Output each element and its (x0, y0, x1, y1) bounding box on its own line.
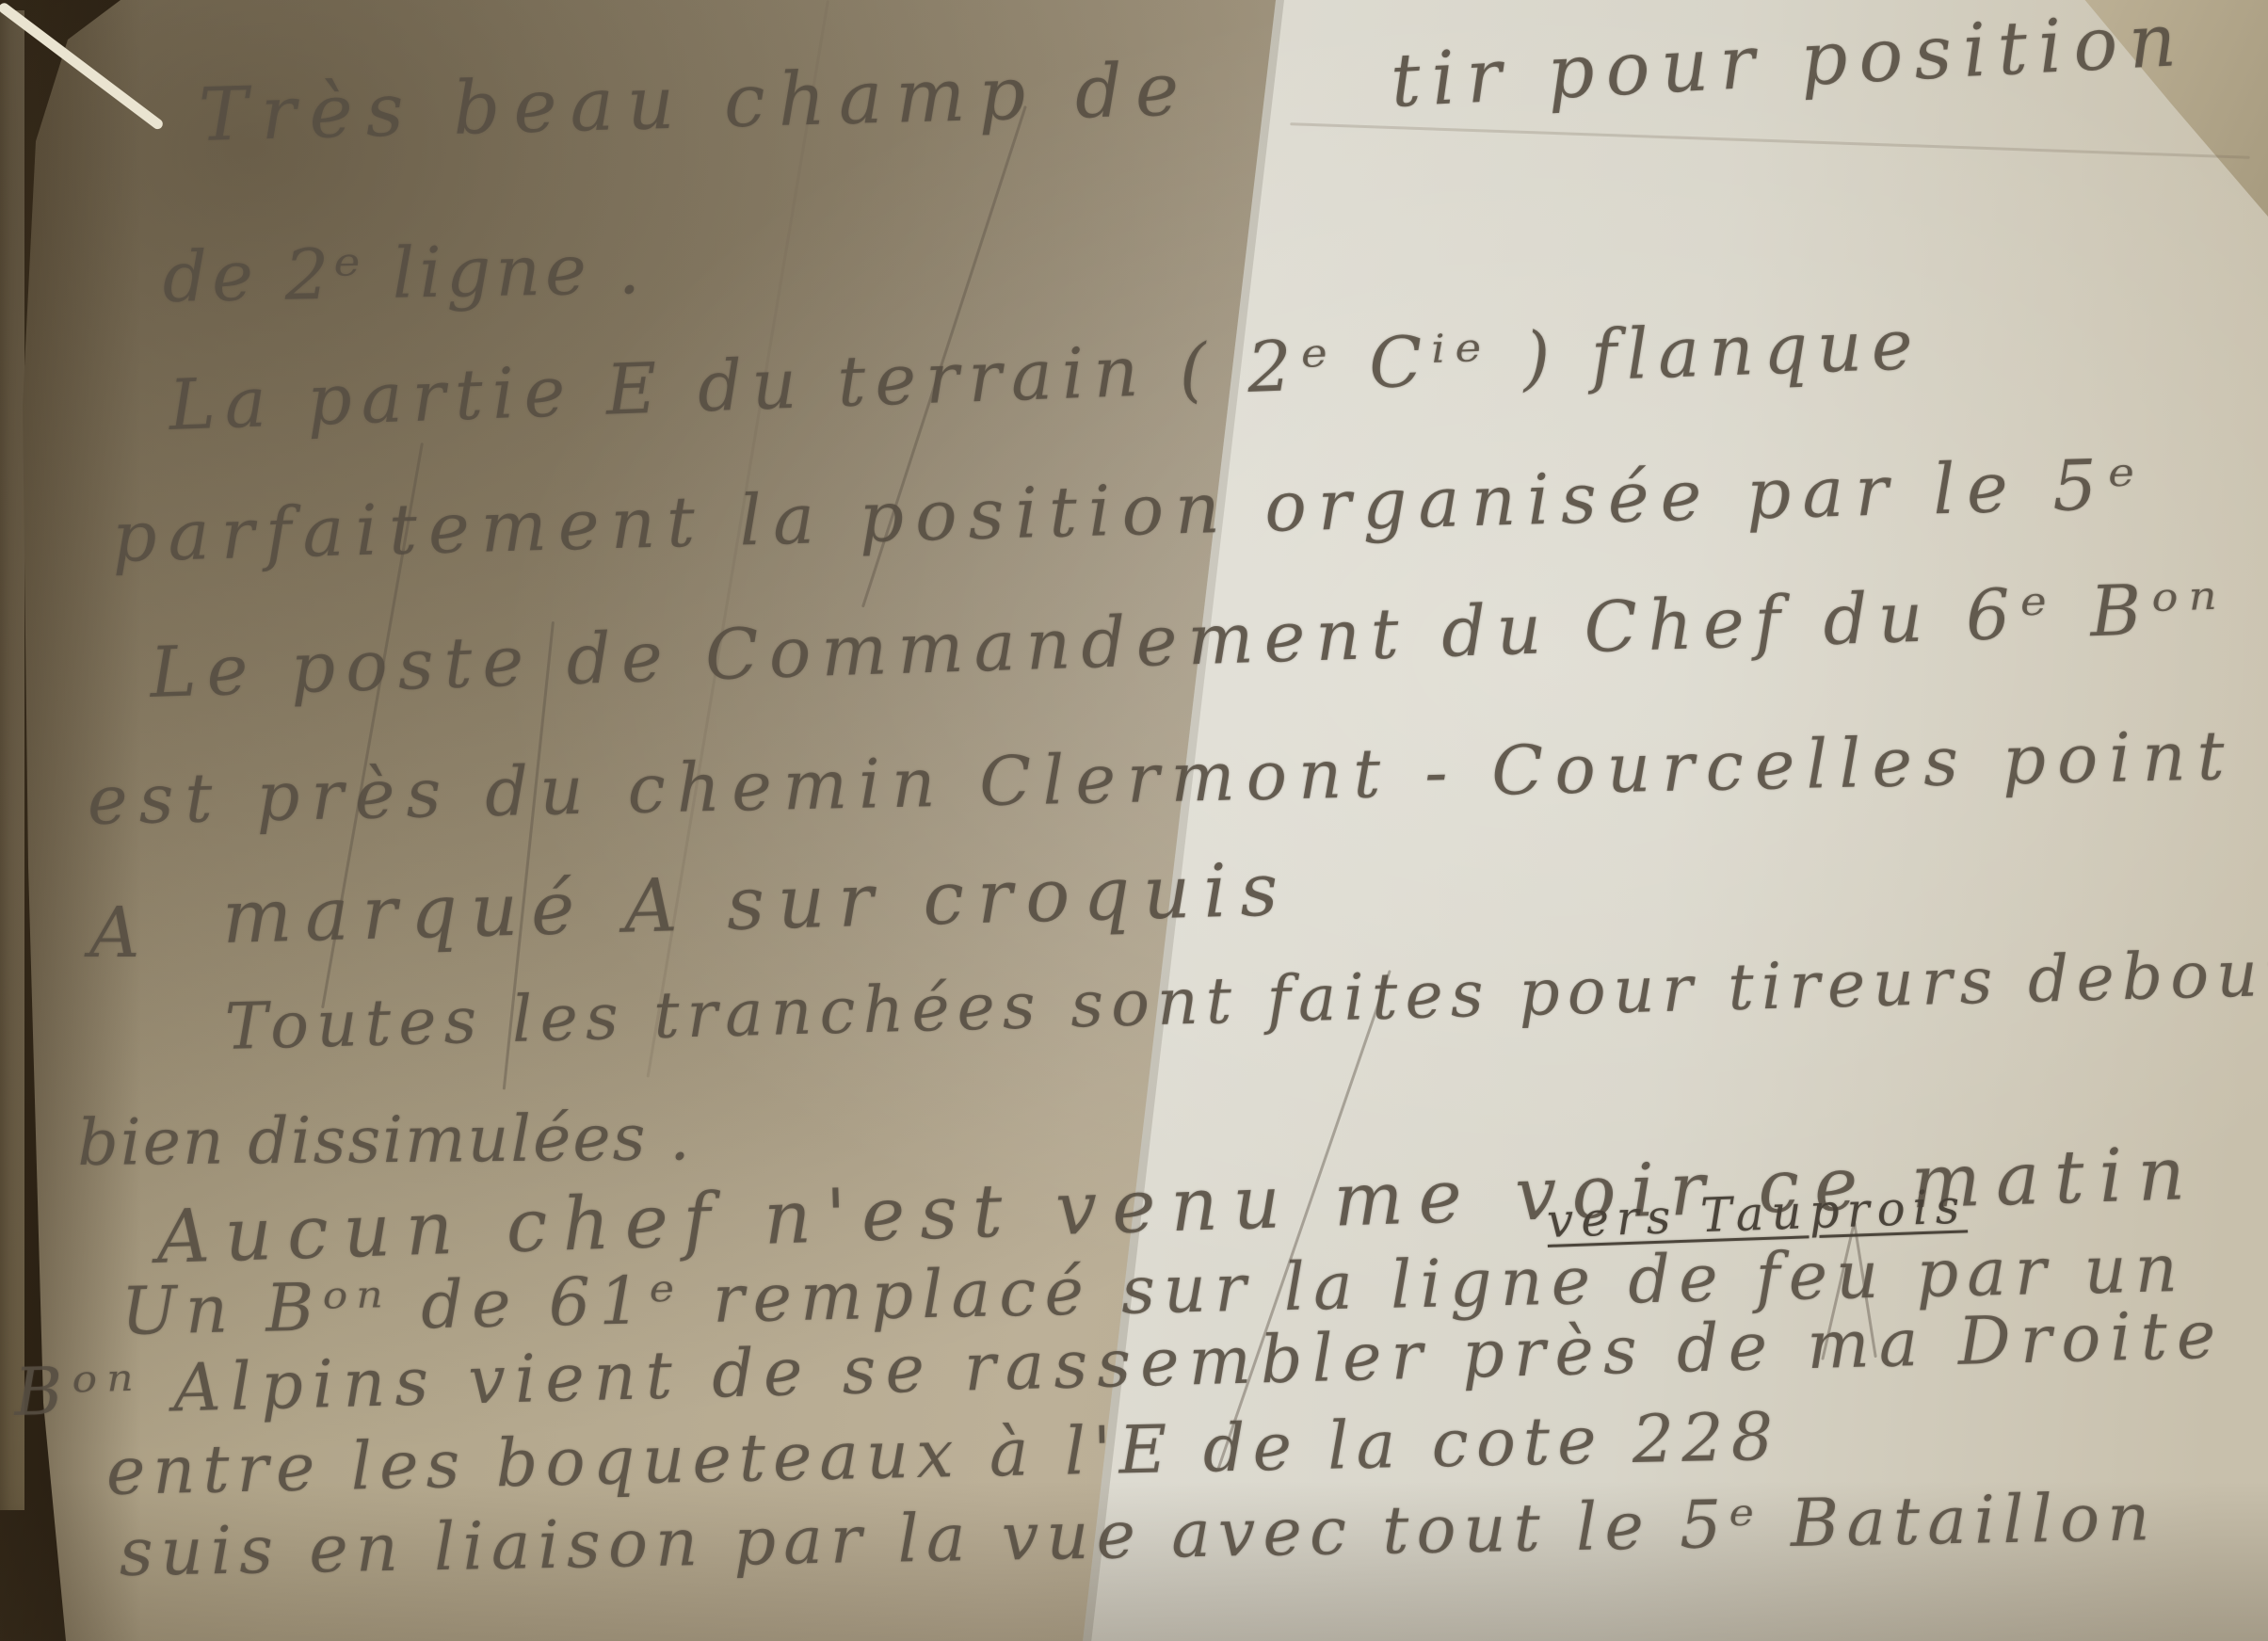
manuscript-line: Très beau champ de (198, 47, 1193, 158)
manuscript-line: est près du chemin Clermont - Courcelles… (87, 716, 2236, 840)
handwriting-layer: Très beau champ detir pour positionde 2ᵉ… (0, 0, 2268, 1641)
photo-frame: Très beau champ detir pour positionde 2ᵉ… (0, 0, 2268, 1641)
manuscript-line: marqué A sur croquis (221, 847, 1292, 960)
manuscript-line: Le poste de Commandement du Chef du 6ᵉ B… (149, 568, 2228, 714)
manuscript-line: La partie E du terrain ( 2ᵉ Cⁱᵉ ) flanqu… (168, 304, 1923, 446)
manuscript-line: A (89, 893, 139, 973)
manuscript-line: tir pour position (1389, 0, 2189, 124)
manuscript-line: de 2ᵉ ligne . (162, 229, 646, 318)
manuscript-line: Toutes les tranchées sont faites pour ti… (224, 936, 2268, 1065)
manuscript-line: parfaitement la position organisée par l… (111, 443, 2147, 578)
manuscript-line: bien dissimulées . (77, 1101, 692, 1181)
